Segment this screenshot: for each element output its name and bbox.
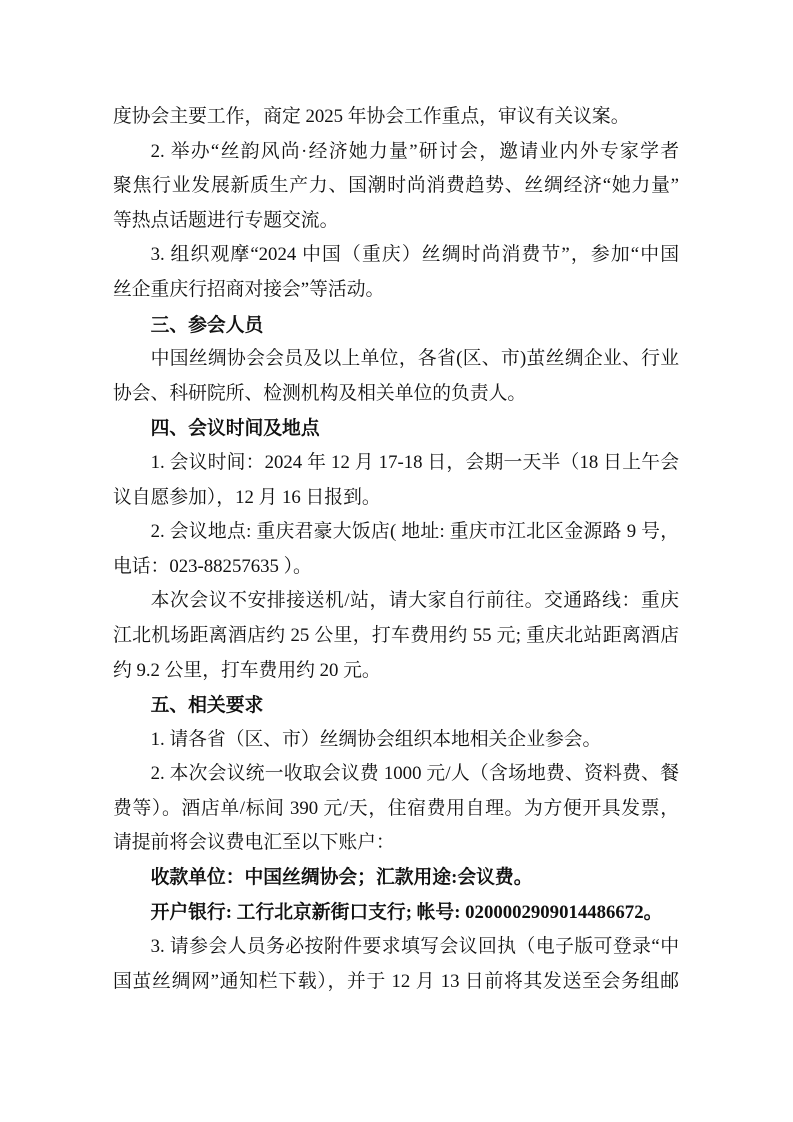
text-line: 本次会议不安排接送机/站，请大家自行前往。交通路线：重庆 bbox=[113, 584, 679, 619]
section-heading-requirements: 五、相关要求 bbox=[113, 688, 679, 723]
text-line: 2. 举办“丝韵风尚·经济她力量”研讨会，邀请业内外专家学者 bbox=[113, 135, 679, 170]
text-line: 度协会主要工作，商定 2025 年协会工作重点，审议有关议案。 bbox=[113, 100, 679, 135]
text-line: 电话：023-88257635 ）。 bbox=[113, 550, 679, 585]
section-heading-time-location: 四、会议时间及地点 bbox=[113, 411, 679, 446]
text-line: 2. 会议地点: 重庆君豪大饭店( 地址: 重庆市江北区金源路 9 号， bbox=[113, 515, 679, 550]
text-line: 国茧丝绸网”通知栏下载），并于 12 月 13 日前将其发送至会务组邮 bbox=[113, 965, 679, 1000]
payee-info-line: 收款单位：中国丝绸协会；汇款用途:会议费。 bbox=[113, 861, 679, 896]
bank-account-line: 开户银行: 工行北京新街口支行; 帐号: 0200002909014486672… bbox=[113, 896, 679, 931]
text-line: 费等）。酒店单/标间 390 元/天，住宿费用自理。为方便开具发票， bbox=[113, 792, 679, 827]
text-line: 江北机场距离酒店约 25 公里，打车费用约 55 元; 重庆北站距离酒店 bbox=[113, 619, 679, 654]
text-line: 1. 请各省（区、市）丝绸协会组织本地相关企业参会。 bbox=[113, 723, 679, 758]
text-line: 1. 会议时间：2024 年 12 月 17-18 日，会期一天半（18 日上午… bbox=[113, 446, 679, 481]
text-line: 议自愿参加），12 月 16 日报到。 bbox=[113, 481, 679, 516]
document-page: 度协会主要工作，商定 2025 年协会工作重点，审议有关议案。 2. 举办“丝韵… bbox=[0, 0, 793, 1122]
text-line: 请提前将会议费电汇至以下账户： bbox=[113, 826, 679, 861]
text-line: 丝企重庆行招商对接会”等活动。 bbox=[113, 273, 679, 308]
text-line: 协会、科研院所、检测机构及相关单位的负责人。 bbox=[113, 377, 679, 412]
text-line: 3. 请参会人员务必按附件要求填写会议回执（电子版可登录“中 bbox=[113, 930, 679, 965]
text-line: 3. 组织观摩“2024 中国（重庆）丝绸时尚消费节”，参加“中国 bbox=[113, 238, 679, 273]
document-content: 度协会主要工作，商定 2025 年协会工作重点，审议有关议案。 2. 举办“丝韵… bbox=[113, 100, 679, 999]
text-line: 等热点话题进行专题交流。 bbox=[113, 204, 679, 239]
text-line: 聚焦行业发展新质生产力、国潮时尚消费趋势、丝绸经济“她力量” bbox=[113, 169, 679, 204]
text-line: 中国丝绸协会会员及以上单位，各省(区、市)茧丝绸企业、行业 bbox=[113, 342, 679, 377]
text-line: 2. 本次会议统一收取会议费 1000 元/人（含场地费、资料费、餐 bbox=[113, 757, 679, 792]
text-line: 约 9.2 公里，打车费用约 20 元。 bbox=[113, 654, 679, 689]
section-heading-attendees: 三、参会人员 bbox=[113, 308, 679, 343]
